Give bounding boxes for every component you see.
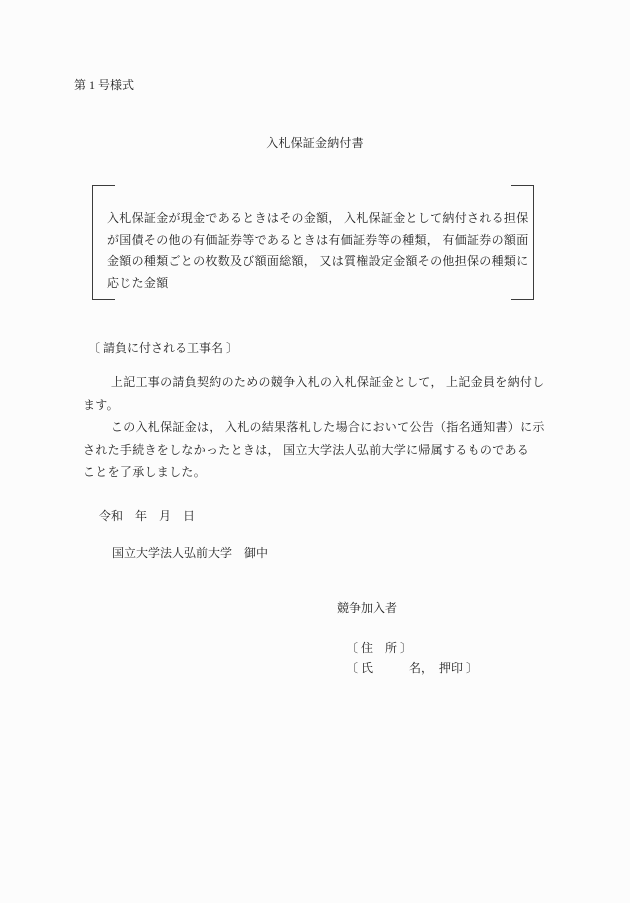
- deposit-note-text: 入札保証金が現金であるときはその金額， 入札保証金として納付される担保 が国債そ…: [107, 208, 543, 294]
- body-paragraphs: 上記工事の請負契約のための競争入札の入札保証金として， 上記金員を納付し ます。…: [83, 371, 565, 484]
- bidder-label: 競争加入者: [337, 598, 397, 618]
- form-number: 第 1 号様式: [74, 75, 134, 95]
- document-page: 第 1 号様式 入札保証金納付書 入札保証金が現金であるときはその金額， 入札保…: [0, 0, 630, 903]
- date-line: 令和 年 月 日: [99, 506, 195, 526]
- bidder-name-seal-field: 〔 氏 名， 押印 〕: [346, 658, 478, 678]
- addressee-line: 国立大学法人弘前大学 御中: [112, 543, 268, 563]
- work-name-label: 〔 請負に付される工事名 〕: [88, 338, 238, 358]
- bidder-address-field: 〔 住 所 〕: [346, 638, 412, 658]
- page-title: 入札保証金納付書: [0, 133, 630, 153]
